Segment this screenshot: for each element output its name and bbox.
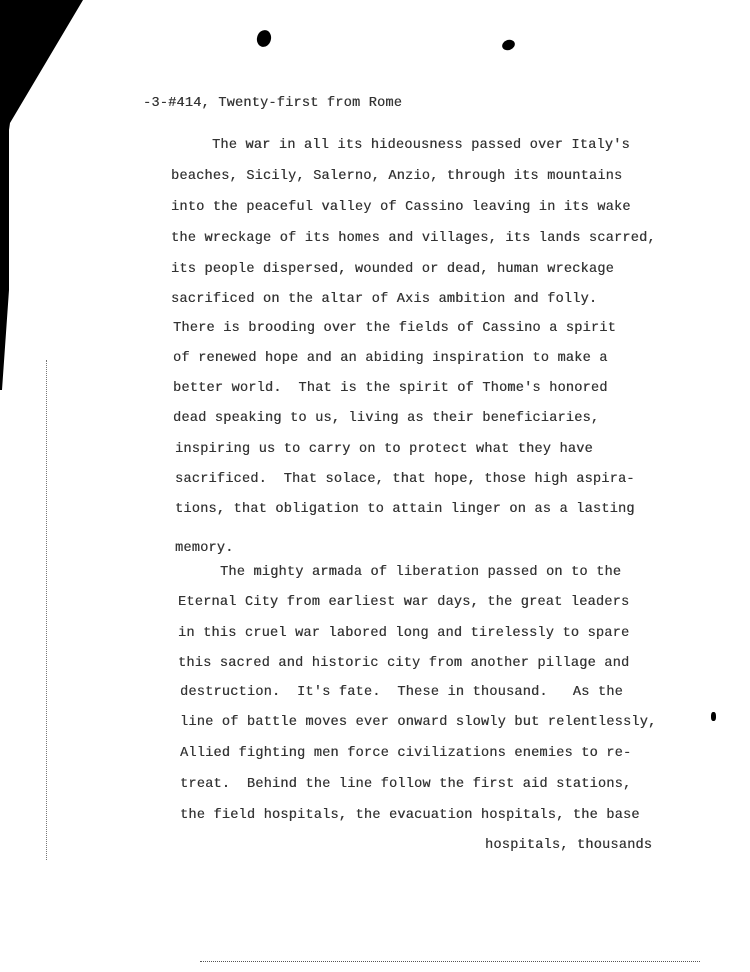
- scan-shadow-edge: [0, 0, 90, 400]
- text-line: sacrificed on the altar of Axis ambition…: [171, 292, 597, 308]
- text-line: into the peaceful valley of Cassino leav…: [171, 200, 631, 216]
- text-line: this sacred and historic city from anoth…: [178, 656, 629, 672]
- text-line: its people dispersed, wounded or dead, h…: [171, 262, 614, 278]
- text-line: the field hospitals, the evacuation hosp…: [180, 808, 640, 824]
- text-line: tions, that obligation to attain linger …: [175, 502, 635, 518]
- text-line: in this cruel war labored long and tirel…: [178, 626, 629, 642]
- margin-dotted-rule: [46, 360, 48, 860]
- text-line: sacrificed. That solace, that hope, thos…: [175, 472, 635, 488]
- text-line: treat. Behind the line follow the first …: [180, 777, 631, 793]
- text-line: of renewed hope and an abiding inspirati…: [173, 351, 608, 367]
- text-line: Allied fighting men force civilizations …: [180, 746, 631, 762]
- page-header: -3-#414, Twenty-first from Rome: [143, 96, 402, 112]
- text-line: The war in all its hideousness passed ov…: [212, 138, 630, 154]
- margin-ink-mark: [711, 712, 716, 721]
- text-line: There is brooding over the fields of Cas…: [173, 321, 616, 337]
- text-line: memory.: [175, 541, 234, 557]
- text-line: dead speaking to us, living as their ben…: [173, 411, 599, 427]
- footer-dotted-rule: [200, 961, 700, 963]
- text-line: better world. That is the spirit of Thom…: [173, 381, 608, 397]
- document-page: -3-#414, Twenty-first from Rome The war …: [0, 0, 750, 972]
- text-line: beaches, Sicily, Salerno, Anzio, through…: [171, 169, 622, 185]
- text-line: line of battle moves ever onward slowly …: [180, 715, 656, 731]
- text-line: the wreckage of its homes and villages, …: [171, 231, 656, 247]
- text-line: hospitals, thousands: [485, 838, 652, 854]
- punch-hole-left: [255, 28, 273, 48]
- text-line: Eternal City from earliest war days, the…: [178, 595, 629, 611]
- punch-hole-right: [501, 38, 517, 52]
- text-line: destruction. It's fate. These in thousan…: [180, 685, 623, 701]
- text-line: inspiring us to carry on to protect what…: [175, 442, 593, 458]
- text-line: The mighty armada of liberation passed o…: [220, 565, 621, 581]
